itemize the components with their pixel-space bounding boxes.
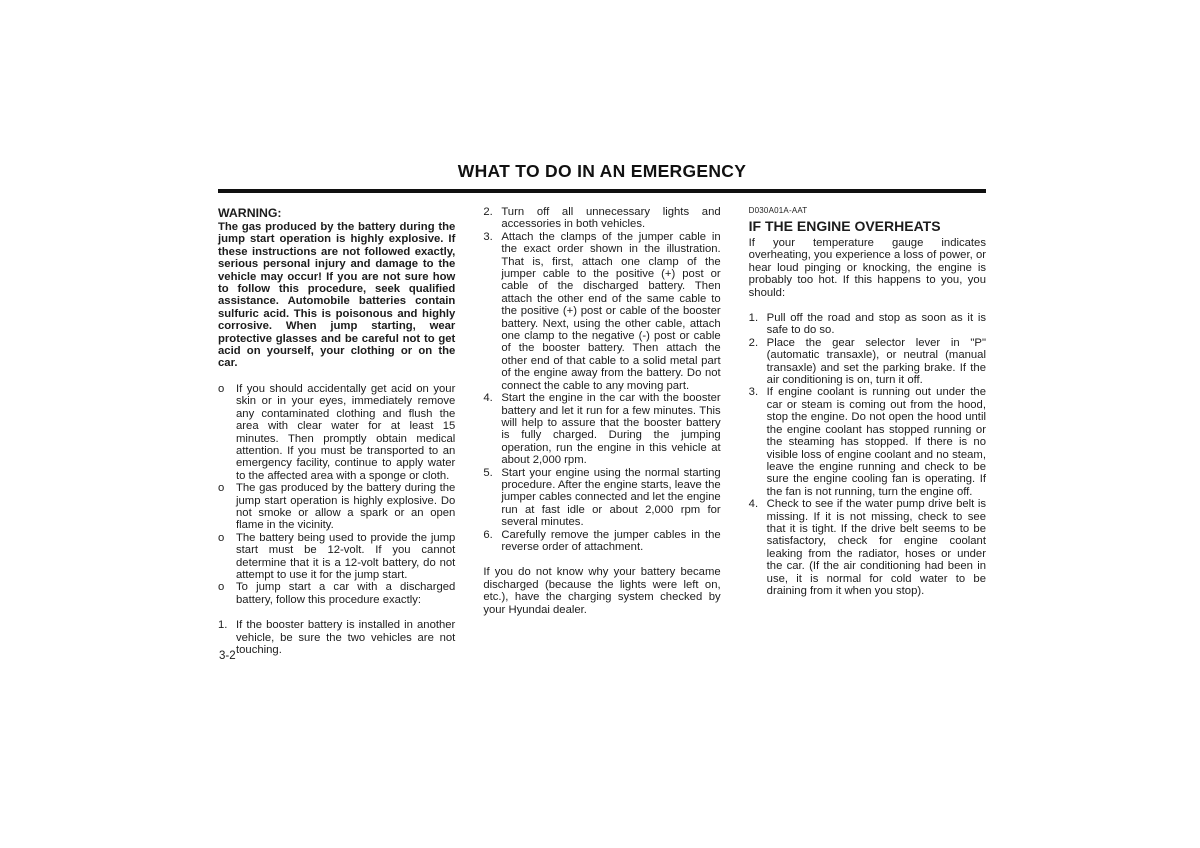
item-number: 4. xyxy=(483,392,501,466)
numbered-item: 6. Carefully remove the jumper cables in… xyxy=(483,529,720,554)
item-text: If the booster battery is installed in a… xyxy=(236,619,455,656)
numbered-list-middle: 2. Turn off all unnecessary lights and a… xyxy=(483,206,720,553)
bullet-text: To jump start a car with a discharged ba… xyxy=(236,581,455,606)
bullet-item: o To jump start a car with a discharged … xyxy=(218,581,455,606)
item-text: Turn off all unnecessary lights and acce… xyxy=(501,206,720,231)
item-text: Carefully remove the jumper cables in th… xyxy=(501,529,720,554)
numbered-item: 4. Check to see if the water pump drive … xyxy=(749,498,986,597)
bullet-text: The battery being used to provide the ju… xyxy=(236,532,455,582)
bullet-text: The gas produced by the battery during t… xyxy=(236,482,455,532)
page-title: WHAT TO DO IN AN EMERGENCY xyxy=(218,161,986,182)
bullet-marker: o xyxy=(218,532,236,582)
item-text: Place the gear selector lever in "P" (au… xyxy=(767,337,986,387)
bullet-item: o The gas produced by the battery during… xyxy=(218,482,455,532)
item-number: 6. xyxy=(483,529,501,554)
item-number: 3. xyxy=(483,231,501,392)
item-number: 2. xyxy=(483,206,501,231)
numbered-item: 2. Place the gear selector lever in "P" … xyxy=(749,337,986,387)
warning-label: WARNING: xyxy=(218,206,455,220)
warning-text: The gas produced by the battery during t… xyxy=(218,221,455,370)
item-number: 2. xyxy=(749,337,767,387)
column-right: D030A01A-AAT IF THE ENGINE OVERHEATS If … xyxy=(749,206,986,656)
closing-paragraph: If you do not know why your battery beca… xyxy=(483,566,720,616)
bullet-item: o The battery being used to provide the … xyxy=(218,532,455,582)
bullet-marker: o xyxy=(218,581,236,606)
manual-page: { "page": { "title": "WHAT TO DO IN AN E… xyxy=(0,0,1200,848)
section-intro: If your temperature gauge indicates over… xyxy=(749,237,986,299)
item-text: If engine coolant is running out under t… xyxy=(767,386,986,498)
numbered-list-right: 1. Pull off the road and stop as soon as… xyxy=(749,312,986,597)
numbered-item: 1. Pull off the road and stop as soon as… xyxy=(749,312,986,337)
page-number: 3-2 xyxy=(219,650,236,662)
item-text: Check to see if the water pump drive bel… xyxy=(767,498,986,597)
numbered-item: 2. Turn off all unnecessary lights and a… xyxy=(483,206,720,231)
column-middle: 2. Turn off all unnecessary lights and a… xyxy=(483,206,720,656)
numbered-item: 3. If engine coolant is running out unde… xyxy=(749,386,986,498)
bullet-marker: o xyxy=(218,383,236,482)
numbered-item: 1. If the booster battery is installed i… xyxy=(218,619,455,656)
title-rule xyxy=(218,189,986,193)
item-number: 4. xyxy=(749,498,767,597)
section-heading: IF THE ENGINE OVERHEATS xyxy=(749,218,986,234)
item-number: 1. xyxy=(749,312,767,337)
item-text: Pull off the road and stop as soon as it… xyxy=(767,312,986,337)
bullet-marker: o xyxy=(218,482,236,532)
item-text: Attach the clamps of the jumper cable in… xyxy=(501,231,720,392)
page-content: WHAT TO DO IN AN EMERGENCY WARNING: The … xyxy=(218,161,986,656)
bullet-text: If you should accidentally get acid on y… xyxy=(236,383,455,482)
item-text: Start the engine in the car with the boo… xyxy=(501,392,720,466)
content-columns: WARNING: The gas produced by the battery… xyxy=(218,206,986,656)
numbered-item: 5. Start your engine using the normal st… xyxy=(483,467,720,529)
bullet-item: o If you should accidentally get acid on… xyxy=(218,383,455,482)
item-number: 3. xyxy=(749,386,767,498)
numbered-item: 3. Attach the clamps of the jumper cable… xyxy=(483,231,720,392)
section-code: D030A01A-AAT xyxy=(749,206,986,216)
item-text: Start your engine using the normal start… xyxy=(501,467,720,529)
numbered-item: 4. Start the engine in the car with the … xyxy=(483,392,720,466)
column-left: WARNING: The gas produced by the battery… xyxy=(218,206,455,656)
item-number: 5. xyxy=(483,467,501,529)
numbered-list-left: 1. If the booster battery is installed i… xyxy=(218,619,455,656)
bullet-list: o If you should accidentally get acid on… xyxy=(218,383,455,606)
